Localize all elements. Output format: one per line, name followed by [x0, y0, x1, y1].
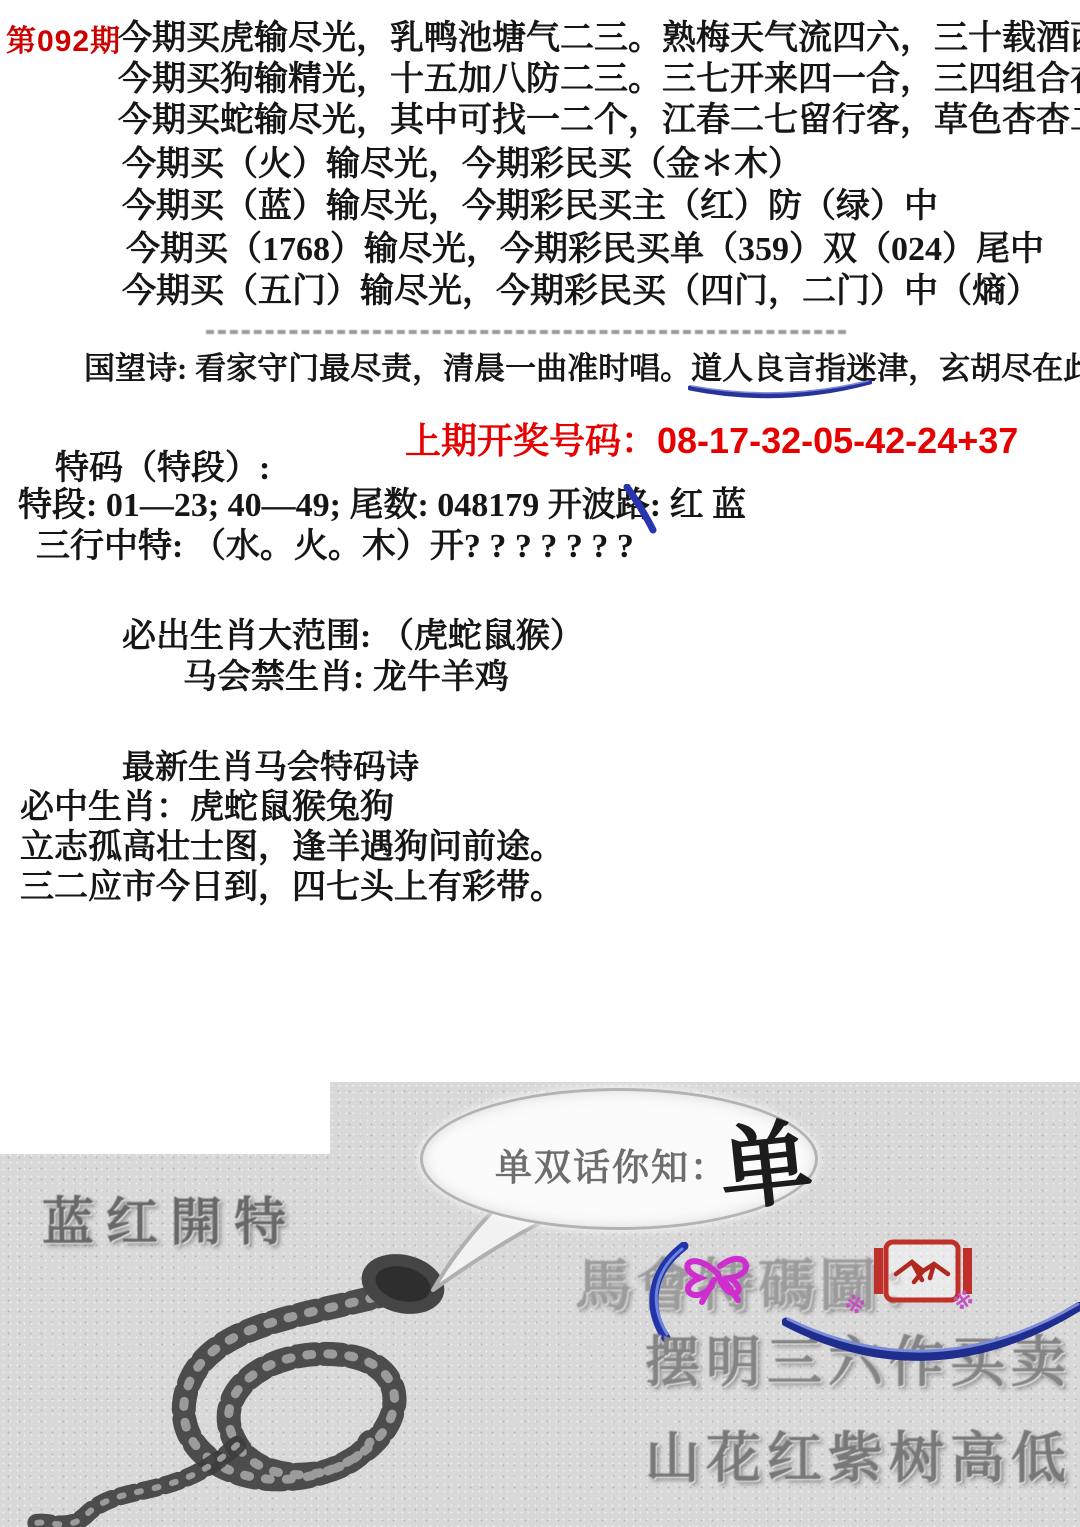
scanned-photo-block: 单双话你知： 单 蓝红開特 馬會特碼圖： 摆明三六作买卖 ※ ※ 山花红 [0, 1082, 1080, 1527]
poem-line-1: 必中生肖：虎蛇鼠猴兔狗 [20, 789, 394, 826]
tip-line-5: 今期买（蓝）输尽光，今期彩民买主（红）防（绿）中 [122, 188, 938, 225]
erased-line-remnant [206, 330, 846, 334]
tip-line-2: 今期买狗输精光，十五加八防二三。三七开来四一合，三四组合在其中。 [118, 61, 1080, 98]
caption-blue-red-special: 蓝红開特 [42, 1180, 298, 1255]
photo-white-patch [0, 1082, 330, 1154]
lottery-tip-sheet: { "doc": { "issue": "第092期", "tips": [ "… [0, 0, 1080, 1527]
last-draw-label: 上期开奖号码： [405, 420, 657, 461]
tip-line-7: 今期买（五门）输尽光，今期彩民买（四门，二门）中（熵） [122, 273, 1040, 310]
bubble-answer: 单 [712, 1089, 817, 1230]
issue-number: 第092期 [6, 16, 121, 60]
poem-line-3: 三二应市今日到，四七头上有彩带。 [20, 869, 564, 906]
blue-pen-underline [688, 378, 872, 402]
bubble-question-label: 单双话你知： [495, 1137, 729, 1191]
speech-bubble: 单双话你知： 单 [420, 1088, 818, 1230]
tip-line-1: 今期买虎输尽光，乳鸭池塘气二三。熟梅天气流四六，三十载酒西园。 [118, 20, 1080, 57]
tip-line-3: 今期买蛇输尽光，其中可找一二个，江春二七留行客，草色杏杏二三。 [118, 102, 1080, 139]
magenta-ribbon-mark [668, 1240, 768, 1310]
guowang-poem-line: 国望诗: 看家守门最尽责，清晨一曲准时唱。道人良言指迷津，玄胡尽在此言中。 [84, 352, 1080, 386]
zodiac-range-line: 必出生肖大范围: （虎蛇鼠猴） [122, 618, 584, 655]
tip-line-4: 今期买（火）输尽光，今期彩民买（金＊木） [122, 146, 802, 183]
three-element-line: 三行中特: （水。火。木）开? ? ? ? ? ? ? [36, 528, 634, 565]
pink-scribble-mark: ※ [950, 1288, 975, 1316]
zodiac-banned-line: 马会禁生肖: 龙牛羊鸡 [183, 659, 509, 696]
special-title: 特码（特段）: [55, 450, 270, 487]
blue-pen-arc [782, 1302, 1080, 1382]
tip-line-6: 今期买（1768）输尽光，今期彩民买单（359）双（024）尾中 [126, 231, 1044, 268]
verse-line-2: 山花红紫树高低 [645, 1414, 1072, 1493]
last-draw-numbers: 08-17-32-05-42-24+37 [657, 420, 1018, 461]
blue-pen-slash [622, 484, 658, 534]
last-draw-line: 上期开奖号码：08-17-32-05-42-24+37 [405, 413, 1018, 464]
poem-line-2: 立志孤高壮士图，逢羊遇狗问前途。 [20, 829, 564, 866]
poem-title: 最新生肖马会特码诗 [122, 750, 419, 786]
